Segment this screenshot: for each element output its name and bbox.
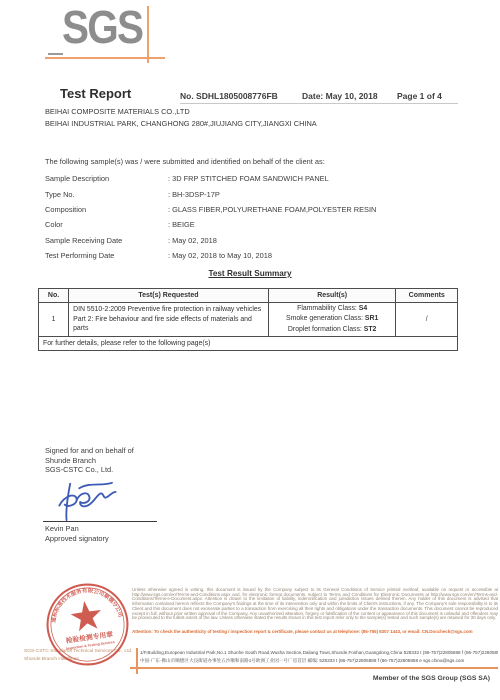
address-english: 1/F,Building,European Industrial Park,No… [140, 650, 498, 655]
cell-no: 1 [39, 303, 69, 337]
result-label: Droplet formation Class: [288, 326, 364, 333]
page-indicator: Page 1 of 4 [397, 91, 442, 101]
report-date: Date: May 10, 2018 [302, 91, 378, 101]
logo-crosshair-vertical [147, 6, 149, 63]
stamp-star-icon [69, 599, 103, 632]
sample-info-value: : BH-3DSP-17P [168, 190, 220, 199]
client-address: BEIHAI INDUSTRIAL PARK, CHANGHONG 280#,J… [45, 118, 317, 130]
signatory-name: Kevin Pan [45, 524, 79, 533]
result-value: SR1 [365, 315, 378, 322]
signatory-role: Approved signatory [45, 534, 109, 543]
company-stamp: 通标标准技术服务有限公司顺德分公司 检验检测专用章 Inspection & T… [39, 576, 135, 672]
column-header-test: Test(s) Requested [69, 289, 269, 303]
sample-info-value: : May 02, 2018 [168, 236, 217, 245]
member-line: Member of the SGS Group (SGS SA) [0, 675, 490, 682]
table-footer-note: For further details, please refer to the… [39, 337, 458, 351]
summary-title: Test Result Summary [0, 269, 500, 278]
result-label: Smoke generation Class: [286, 315, 365, 322]
page-title: Test Report [60, 86, 131, 101]
signature-block: Signed for and on behalf of Shunde Branc… [45, 446, 134, 475]
intro-text: The following sample(s) was / were submi… [45, 157, 325, 166]
sample-info-label: Sample Description [45, 174, 168, 183]
column-header-result: Result(s) [268, 289, 396, 303]
result-table: No. Test(s) Requested Result(s) Comments… [38, 288, 458, 351]
signature-rule [43, 521, 157, 522]
result-line: Droplet formation Class: ST2 [273, 325, 392, 335]
handwritten-signature [52, 480, 152, 522]
sample-info-label: Color [45, 220, 168, 229]
company-line: SGS-CSTC Co., Ltd. [45, 465, 134, 475]
sample-info-value: : BEIGE [168, 220, 195, 229]
result-value: S4 [359, 305, 367, 312]
sample-info-label: Sample Receiving Date [45, 236, 168, 245]
column-header-no: No. [39, 289, 69, 303]
result-label: Flammability Class: [297, 305, 359, 312]
column-header-comments: Comments [396, 289, 458, 303]
cell-test: DIN 5510-2:2009 Preventive fire protecti… [69, 303, 269, 337]
cell-comments: / [396, 303, 458, 337]
sample-info-label: Test Performing Date [45, 251, 168, 260]
address-chinese: 中国·广东·佛山市顺德区大良街道办事处五沙顺和南路1号欧洲工业园一号厂房首层 邮… [140, 658, 498, 664]
sample-info-value: : May 02, 2018 to May 10, 2018 [168, 251, 272, 260]
client-block: BEIHAI COMPOSITE MATERIALS CO.,LTD BEIHA… [45, 106, 317, 129]
cell-results: Flammability Class: S4 Smoke generation … [268, 303, 396, 337]
branch-line: Shunde Branch [45, 456, 134, 466]
table-header-row: No. Test(s) Requested Result(s) Comments [39, 289, 458, 303]
client-name: BEIHAI COMPOSITE MATERIALS CO.,LTD [45, 106, 317, 118]
sample-info-row: Type No. : BH-3DSP-17P [45, 186, 376, 201]
footer-accent-horizontal [130, 667, 498, 669]
sample-info-row: Sample Receiving Date : May 02, 2018 [45, 233, 376, 248]
sample-info-row: Composition : GLASS FIBER,POLYURETHANE F… [45, 202, 376, 217]
sgs-logo: SGS [62, 4, 142, 50]
sample-info-label: Type No. [45, 190, 168, 199]
sample-info-value: : GLASS FIBER,POLYURETHANE FOAM,POLYESTE… [168, 205, 376, 214]
result-value: ST2 [364, 326, 377, 333]
logo-underline [48, 53, 63, 55]
result-line: Smoke generation Class: SR1 [273, 314, 392, 324]
test-report-page: SGS Test Report No. SDHL1805008776FB Dat… [0, 0, 500, 700]
sample-info-list: Sample Description : 3D FRP STITCHED FOA… [45, 171, 376, 263]
sample-info-row: Test Performing Date : May 02, 2018 to M… [45, 248, 376, 263]
table-row: 1 DIN 5510-2:2009 Preventive fire protec… [39, 303, 458, 337]
sample-info-label: Composition [45, 205, 168, 214]
table-footer-row: For further details, please refer to the… [39, 337, 458, 351]
sample-info-row: Color : BEIGE [45, 217, 376, 232]
sample-info-row: Sample Description : 3D FRP STITCHED FOA… [45, 171, 376, 186]
result-line: Flammability Class: S4 [273, 304, 392, 314]
legal-terms-text: Unless otherwise agreed in writing, this… [132, 588, 498, 621]
header-rule [180, 103, 458, 104]
signed-for-line: Signed for and on behalf of [45, 446, 134, 456]
footer-accent-vertical [136, 648, 138, 674]
attention-text: Attention: To check the authenticity of … [132, 629, 498, 634]
report-number: No. SDHL1805008776FB [180, 91, 278, 101]
sample-info-value: : 3D FRP STITCHED FOAM SANDWICH PANEL [168, 174, 329, 183]
